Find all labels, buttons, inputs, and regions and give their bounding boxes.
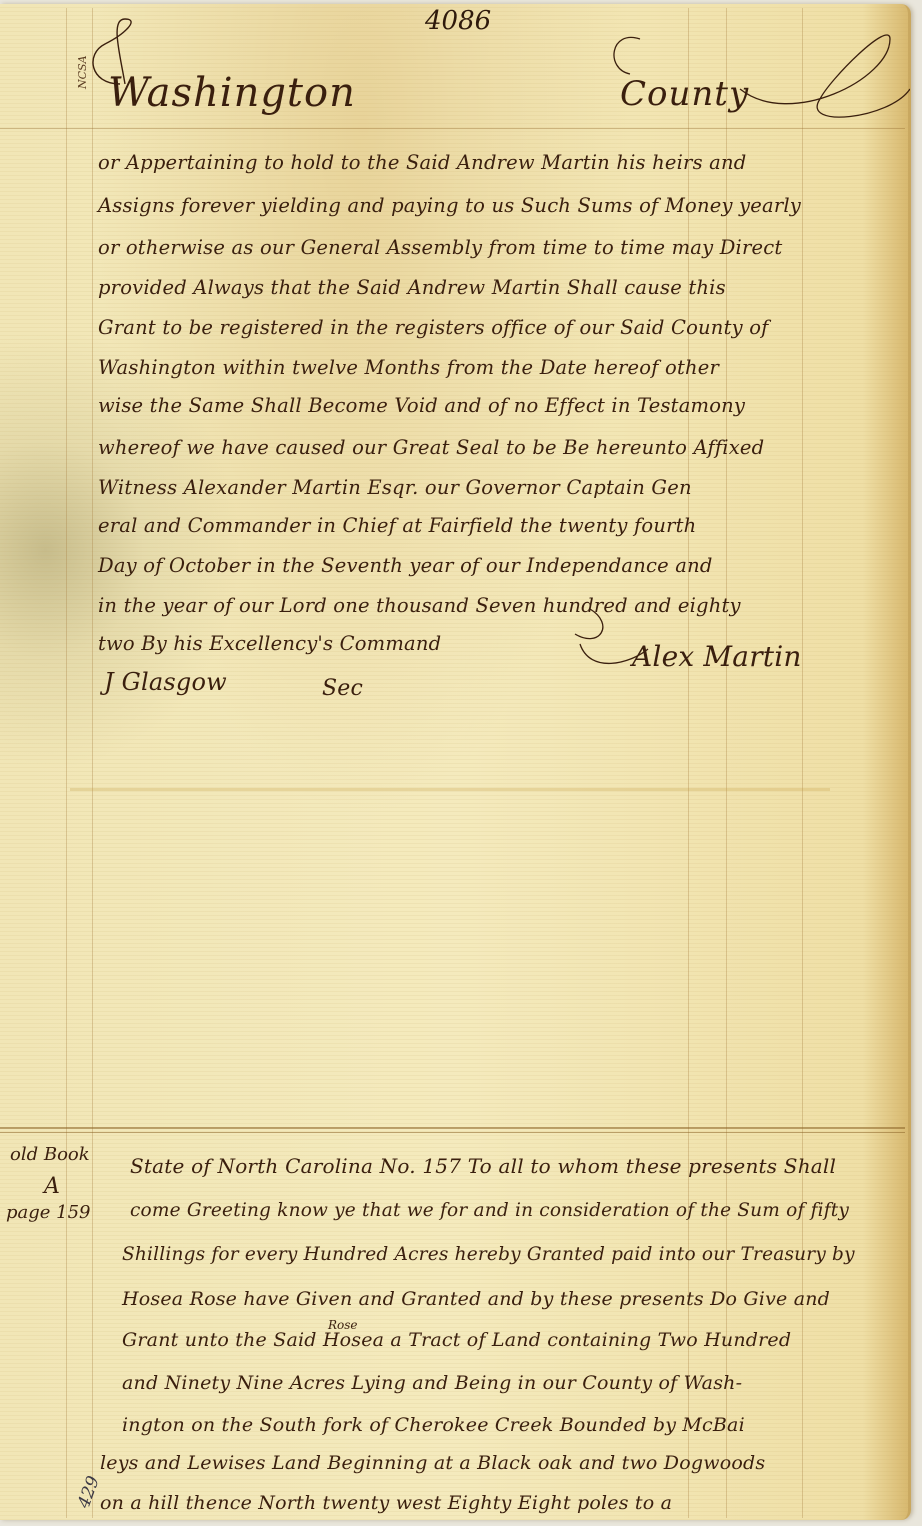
margin-note-page: page 159 [6,1202,91,1223]
entry-separator-rule [0,1127,905,1129]
entry1-line-3: or otherwise as our General Assembly fro… [98,236,782,259]
entry2-line-5: Grant unto the Said Hosea a Tract of Lan… [122,1329,791,1351]
entry1-line-13: two By his Excellency's Command [98,632,441,655]
entry1-line-7: wise the Same Shall Become Void and of n… [98,394,745,417]
entry1-line-10: eral and Commander in Chief at Fairfield… [98,514,696,537]
entry2-line-2: come Greeting know ye that we for and in… [130,1200,849,1221]
entry2-line-4: Hosea Rose have Given and Granted and by… [122,1288,830,1310]
entry1-line-9: Witness Alexander Martin Esqr. our Gover… [98,476,692,499]
entry1-line-11: Day of October in the Seventh year of ou… [98,554,713,577]
entry1-line-4: provided Always that the Said Andrew Mar… [98,276,726,299]
left-margin-rule [66,8,67,1518]
margin-note-volume: A [44,1174,60,1199]
county-name-heading: Washington [108,70,356,116]
entry1-line-1: or Appertaining to hold to the Said Andr… [98,151,746,174]
entry2-line-7: ington on the South fork of Cherokee Cre… [122,1414,745,1436]
entry2-line-3: Shillings for every Hundred Acres hereby… [122,1244,855,1265]
margin-note-book: old Book [10,1144,90,1165]
text-margin-rule [92,8,93,1518]
manuscript-page: 4086 NCSA Washington County or Appertain… [0,4,911,1520]
secretary-title: Sec [322,676,363,701]
secretary-signature: J Glasgow [104,668,227,696]
entry2-line-9: on a hill thence North twenty west Eight… [100,1492,672,1514]
entry1-line-8: whereof we have caused our Great Seal to… [98,436,764,459]
entry-separator-rule-2 [0,1132,905,1133]
governor-signature: Alex Martin [632,640,802,673]
entry1-line-5: Grant to be registered in the registers … [98,316,769,339]
entry1-line-6: Washington within twelve Months from the… [98,356,719,379]
entry2-line-8: leys and Lewises Land Beginning at a Bla… [100,1452,765,1474]
entry2-line-1: State of North Carolina No. 157 To all t… [130,1154,836,1178]
faint-band [70,788,830,791]
county-label-heading: County [620,74,749,114]
entry2-line-6: and Ninety Nine Acres Lying and Being in… [122,1372,742,1394]
entry1-line-2: Assigns forever yielding and paying to u… [98,194,801,217]
inserted-word: Rose [328,1318,358,1332]
folio-number: 4086 [425,6,491,36]
